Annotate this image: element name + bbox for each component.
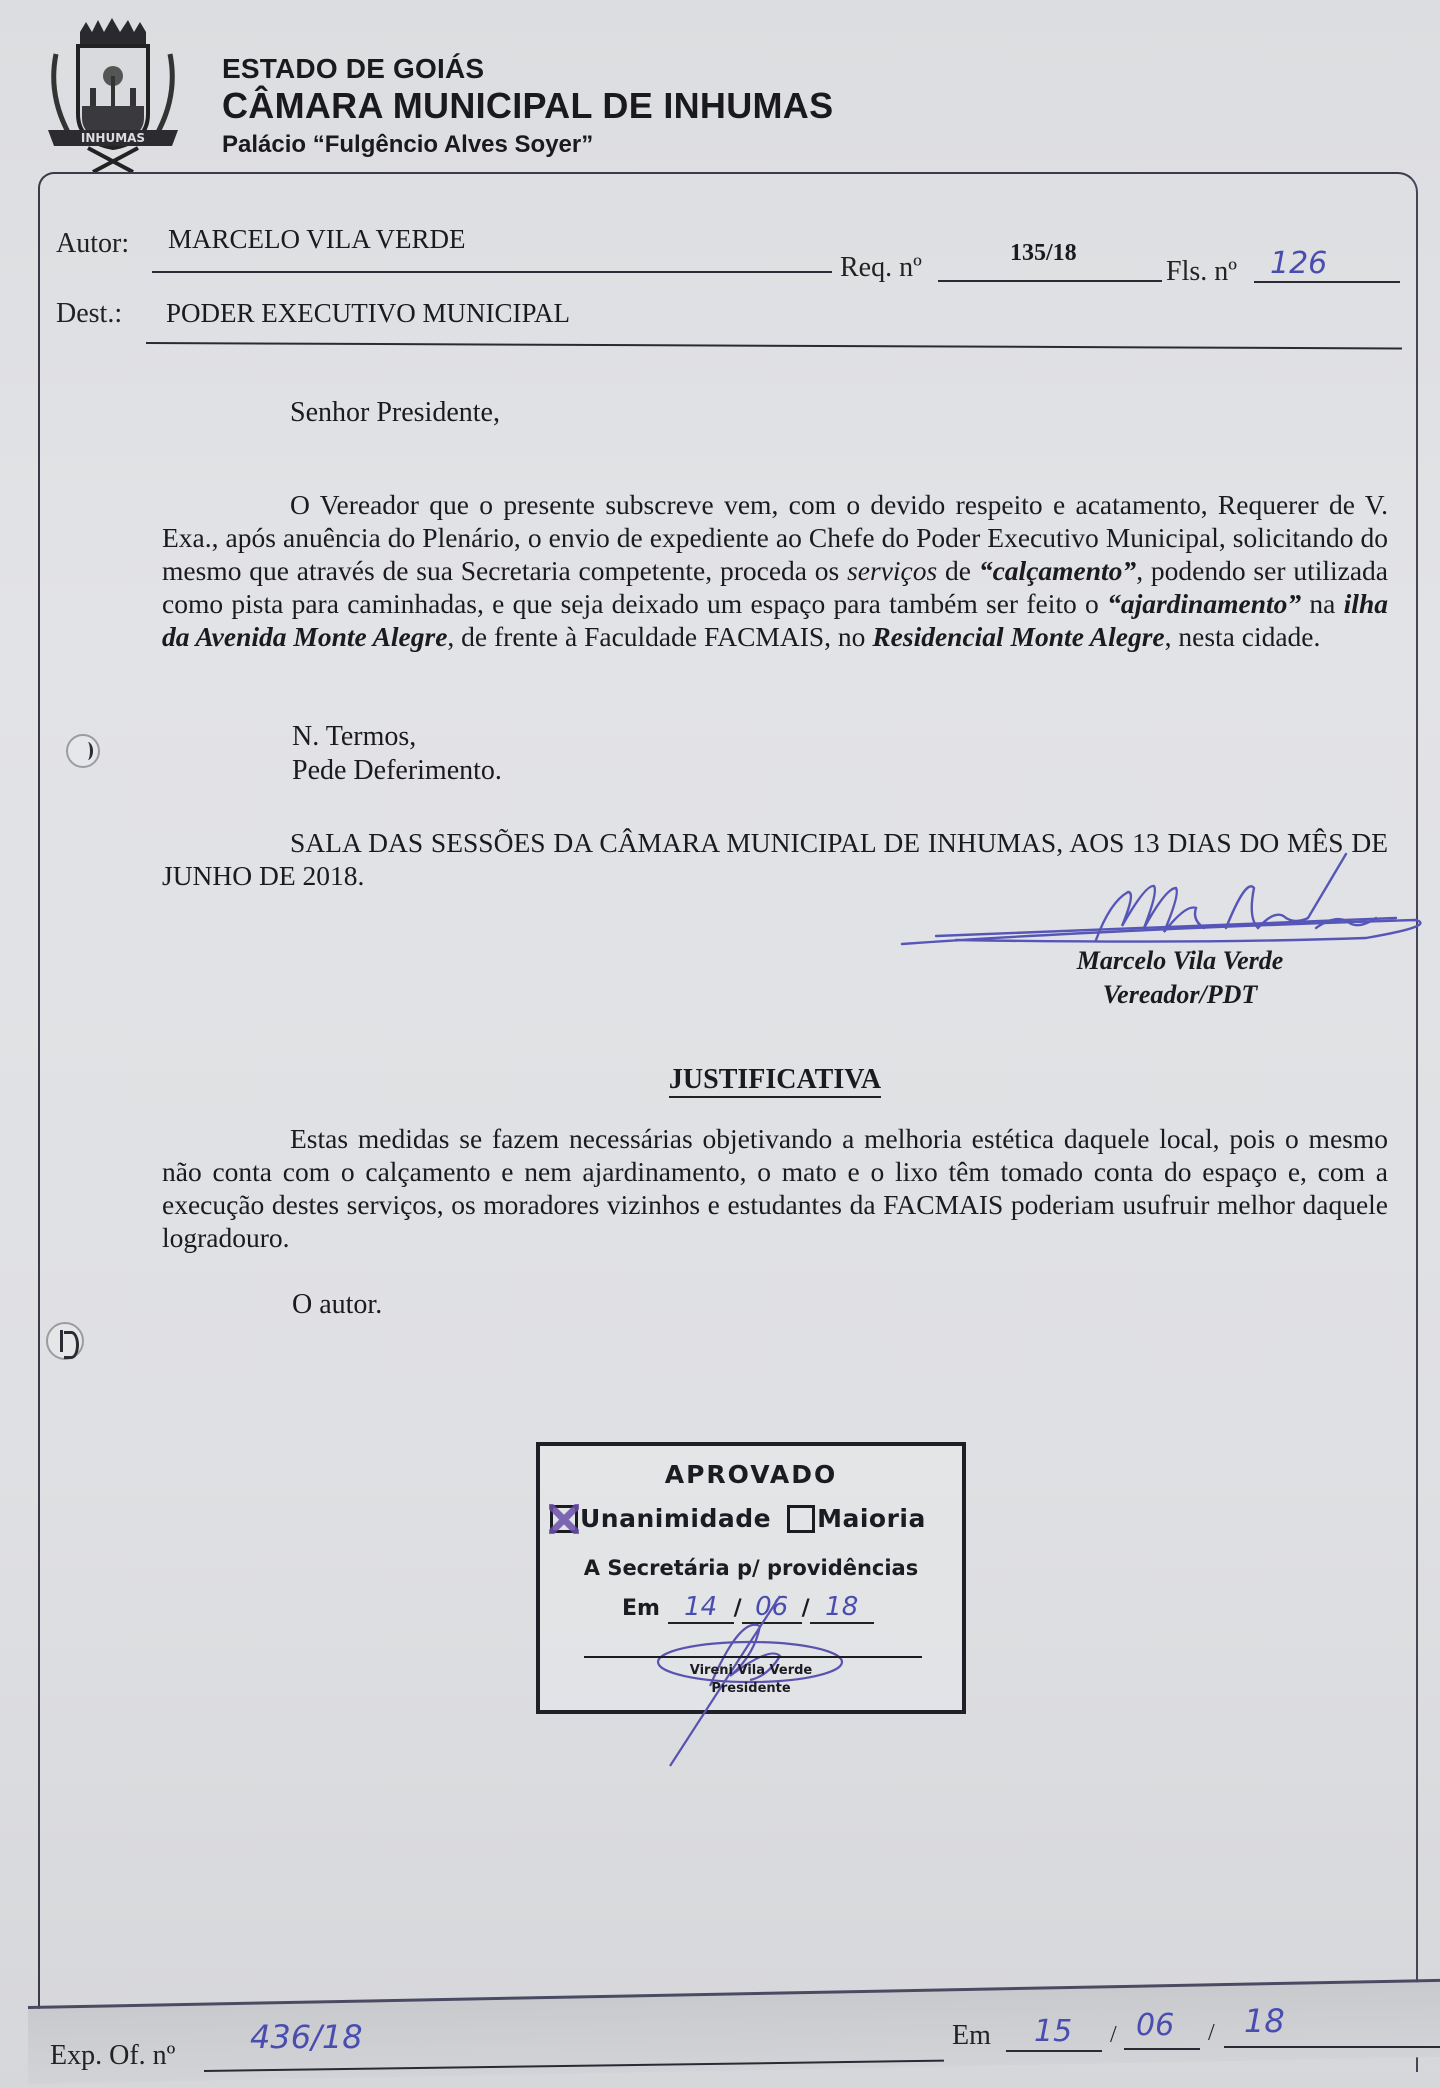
chamber-name: CÂMARA MUNICIPAL DE INHUMAS (222, 86, 833, 126)
stamp-forward-text: A Secretária p/ providências (540, 1556, 962, 1580)
dest-value: PODER EXECUTIVO MUNICIPAL (166, 298, 570, 329)
author-label: Autor: (56, 228, 129, 260)
emphasis-services: serviços (847, 555, 937, 586)
exp-label: Exp. Of. nº (50, 2040, 175, 2072)
fls-underline (1254, 281, 1400, 283)
unanimity-label: Unanimidade (580, 1504, 771, 1533)
signer-name: Marcelo Vila Verde (1030, 944, 1330, 977)
author-signature-icon (896, 848, 1436, 958)
state-name: ESTADO DE GOIÁS (222, 52, 833, 86)
justification-paragraph: Estas medidas se fazem necessárias objet… (162, 1122, 1388, 1254)
footer-year: 18 (1244, 2002, 1285, 2040)
req-label: Req. nº (840, 252, 922, 284)
closing-terms: N. Termos, (292, 720, 416, 753)
req-underline (938, 280, 1162, 282)
footer-day-underline (1006, 2050, 1102, 2052)
footer-day: 15 (1034, 2014, 1072, 2049)
binder-hole-mark-lower (46, 1322, 84, 1360)
majority-label: Maioria (817, 1504, 926, 1533)
signer-role: Vereador/PDT (1030, 978, 1330, 1011)
footer-month-underline (1124, 2048, 1200, 2050)
fls-label: Fls. nº (1166, 256, 1237, 288)
author-value: MARCELO VILA VERDE (168, 224, 466, 255)
binder-hole-mark (66, 734, 100, 768)
municipal-crest-icon: INHUMAS (38, 14, 188, 174)
palace-name: Palácio “Fulgêncio Alves Soyer” (222, 128, 833, 162)
exp-value: 436/18 (250, 2018, 363, 2056)
emphasis-paving: “calçamento” (979, 555, 1136, 586)
letterhead: ESTADO DE GOIÁS CÂMARA MUNICIPAL DE INHU… (222, 52, 833, 162)
emphasis-residential: Residencial Monte Alegre (872, 621, 1164, 652)
justification-closing: O autor. (292, 1288, 382, 1321)
unanimity-checkbox[interactable] (550, 1505, 578, 1533)
emphasis-landscaping: “ajardinamento” (1107, 588, 1301, 619)
footer-date-label: Em (952, 2020, 991, 2052)
dest-label: Dest.: (56, 298, 122, 330)
stamp-signature-line (584, 1656, 922, 1658)
date-separator-2: / (1208, 2020, 1215, 2047)
vote-options: Unanimidade Maioria (550, 1504, 926, 1533)
salutation: Senhor Presidente, (290, 396, 500, 429)
footer-month: 06 (1136, 2008, 1174, 2043)
justification-title: JUSTIFICATIVA (162, 1064, 1388, 1096)
approval-stamp: APROVADO Unanimidade Maioria A Secretári… (536, 1442, 966, 1714)
footer-year-underline (1224, 2046, 1440, 2048)
majority-checkbox[interactable] (787, 1505, 815, 1533)
stamp-title: APROVADO (540, 1460, 962, 1489)
date-separator: / (1110, 2022, 1117, 2049)
request-paragraph: O Vereador que o presente subscreve vem,… (162, 488, 1388, 653)
svg-text:INHUMAS: INHUMAS (81, 131, 145, 145)
author-underline (152, 271, 832, 273)
stamp-signer: Vireni Vila Verde Presidente (540, 1662, 962, 1698)
closing-request: Pede Deferimento. (292, 754, 502, 787)
req-value: 135/18 (1010, 240, 1077, 267)
fls-value: 126 (1270, 246, 1327, 281)
